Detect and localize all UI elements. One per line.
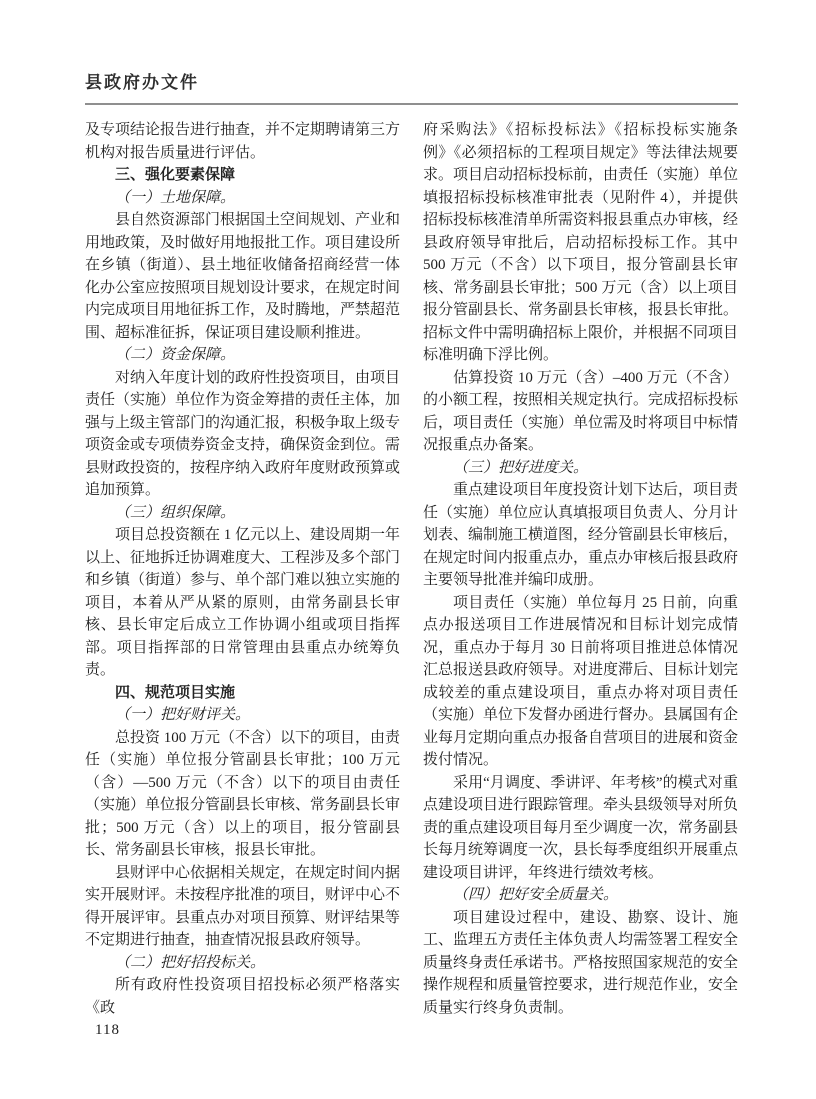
two-column-body: 及专项结论报告进行抽查，并不定期聘请第三方机构对报告质量进行评估。 三、强化要素…: [85, 119, 738, 1019]
page-number: 118: [95, 1022, 120, 1039]
section-heading: 三、强化要素保障: [85, 164, 400, 187]
sub-heading: （二）资金保障。: [85, 344, 400, 367]
right-column: 府采购法》《招标投标法》《招标投标实施条例》《必须招标的工程项目规定》等法律法规…: [423, 119, 738, 1019]
left-column: 及专项结论报告进行抽查，并不定期聘请第三方机构对报告质量进行评估。 三、强化要素…: [85, 119, 400, 1019]
document-page: 县政府办文件 及专项结论报告进行抽查，并不定期聘请第三方机构对报告质量进行评估。…: [0, 0, 816, 1099]
section-heading: 四、规范项目实施: [85, 682, 400, 705]
page-header-title: 县政府办文件: [85, 72, 738, 94]
sub-heading: （三）把好进度关。: [423, 457, 738, 480]
paragraph: 重点建设项目年度投资计划下达后，项目责任（实施）单位应认真填报项目负责人、分月计…: [423, 479, 738, 592]
paragraph: 对纳入年度计划的政府性投资项目，由项目责任（实施）单位作为资金筹措的责任主体，加…: [85, 367, 400, 502]
paragraph: 采用“月调度、季讲评、年考核”的模式对重点建设项目进行跟踪管理。牵头县级领导对所…: [423, 772, 738, 885]
paragraph: 总投资 100 万元（不含）以下的项目，由责任（实施）单位报分管副县长审批；10…: [85, 727, 400, 862]
paragraph: 估算投资 10 万元（含）–400 万元（不含）的小额工程，按照相关规定执行。完…: [423, 367, 738, 457]
sub-heading: （一）土地保障。: [85, 187, 400, 210]
paragraph: 项目责任（实施）单位每月 25 日前，向重点办报送项目工作进展情况和目标计划完成…: [423, 592, 738, 772]
document-header: 县政府办文件: [85, 72, 738, 105]
paragraph: 项目建设过程中，建设、勘察、设计、施工、监理五方责任主体负责人均需签署工程安全质…: [423, 907, 738, 1020]
paragraph-split: 所有政府性投资项目招投标必须严格落实《政: [85, 974, 400, 1019]
sub-heading: （一）把好财评关。: [85, 704, 400, 727]
sub-heading: （四）把好安全质量关。: [423, 884, 738, 907]
paragraph-continued: 及专项结论报告进行抽查，并不定期聘请第三方机构对报告质量进行评估。: [85, 119, 400, 164]
paragraph: 项目总投资额在 1 亿元以上、建设周期一年以上、征地拆迁协调难度大、工程涉及多个…: [85, 524, 400, 682]
paragraph: 县财评中心依据相关规定，在规定时间内据实开展财评。未按程序批准的项目，财评中心不…: [85, 862, 400, 952]
sub-heading: （二）把好招投标关。: [85, 952, 400, 975]
paragraph: 县自然资源部门根据国土空间规划、产业和用地政策，及时做好用地报批工作。项目建设所…: [85, 209, 400, 344]
paragraph-continued: 府采购法》《招标投标法》《招标投标实施条例》《必须招标的工程项目规定》等法律法规…: [423, 119, 738, 367]
header-divider-rule: [85, 103, 738, 105]
sub-heading: （三）组织保障。: [85, 502, 400, 525]
